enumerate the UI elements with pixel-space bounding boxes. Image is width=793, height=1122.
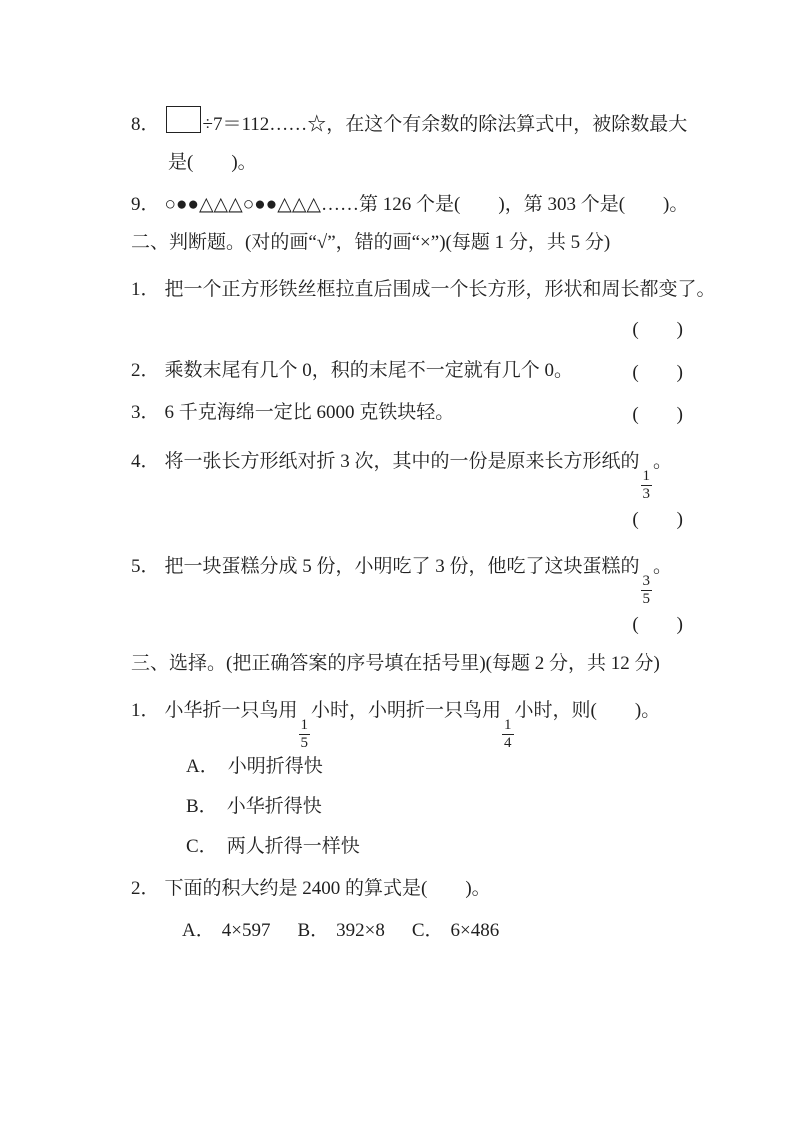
judge-2-text: 乘数末尾有几个 0，积的末尾不一定就有几个 0。 — [165, 360, 574, 381]
choice-2-option-b: B．392×8 — [297, 917, 384, 944]
choice-1-text-3: 小时，则( )。 — [515, 700, 661, 721]
choice-1-fraction-2: 14 — [502, 718, 514, 751]
judge-1-number: 1． — [131, 276, 160, 303]
judge-item-4: 4．将一张长方形纸对折 3 次，其中的一份是原来长方形纸的13。 — [131, 448, 672, 502]
fraction-numerator: 1 — [641, 469, 653, 485]
fraction-denominator: 5 — [299, 734, 311, 751]
judge-4-text-after: 。 — [653, 451, 672, 472]
q8-blank-box — [166, 106, 201, 133]
q9-number: 9． — [131, 191, 160, 218]
q8-line2-text: 是( )。 — [168, 152, 257, 173]
option-label: A． — [182, 917, 215, 944]
judge-4-number: 4． — [131, 448, 160, 475]
choice-2-text: 下面的积大约是 2400 的算式是( )。 — [165, 878, 491, 899]
q8-line1: 8．÷7＝112……☆，在这个有余数的除法算式中，被除数最大 — [131, 106, 687, 138]
fraction-denominator: 5 — [641, 590, 653, 607]
judgement-section-header: 二、判断题。(对的画“√”，错的画“×”)(每题 1 分，共 5 分) — [131, 229, 610, 256]
option-text: 小华折得快 — [227, 796, 322, 817]
choice-1-number: 1． — [131, 697, 160, 724]
option-text: 392×8 — [336, 920, 385, 941]
choice-2-number: 2． — [131, 875, 160, 902]
option-text: 4×597 — [222, 920, 271, 941]
judge-1-text: 把一个正方形铁丝框拉直后围成一个长方形，形状和周长都变了。 — [165, 279, 716, 300]
judge-5-text: 把一块蛋糕分成 5 份，小明吃了 3 份，他吃了这块蛋糕的 — [165, 556, 640, 577]
worksheet-page: 8．÷7＝112……☆，在这个有余数的除法算式中，被除数最大 是( )。 9．○… — [0, 0, 793, 1122]
choice-section-header: 三、选择。(把正确答案的序号填在括号里)(每题 2 分，共 12 分) — [131, 650, 660, 677]
option-label: B． — [186, 793, 218, 820]
judge-item-3: 3．6 千克海绵一定比 6000 克铁块轻。 — [131, 399, 454, 426]
option-text: 两人折得一样快 — [227, 836, 360, 857]
q8-line2: 是( )。 — [168, 149, 257, 176]
q9-line: 9．○●●△△△○●●△△△……第 126 个是( )，第 303 个是( )。 — [131, 191, 688, 218]
q9-text: ○●●△△△○●●△△△……第 126 个是( )，第 303 个是( )。 — [165, 194, 689, 215]
option-text: 6×486 — [451, 920, 500, 941]
fraction-numerator: 1 — [502, 718, 514, 734]
choice-2-options: A．4×597B．392×8C．6×486 — [182, 917, 526, 944]
judge-5-text-after: 。 — [653, 556, 672, 577]
judge-3-number: 3． — [131, 399, 160, 426]
option-label: C． — [412, 917, 444, 944]
option-label: C． — [186, 833, 218, 860]
judge-5-fraction: 35 — [641, 574, 653, 607]
choice-1-text-1: 小华折一只鸟用 — [165, 700, 298, 721]
choice-item-2: 2．下面的积大约是 2400 的算式是( )。 — [131, 875, 491, 902]
choice-2-option-c: C．6×486 — [412, 917, 499, 944]
judge-4-text: 将一张长方形纸对折 3 次，其中的一份是原来长方形纸的 — [165, 451, 640, 472]
choice-1-option-b: B．小华折得快 — [186, 793, 322, 820]
judge-3-answer-paren: ( ) — [632, 399, 683, 426]
option-label: A． — [186, 753, 219, 780]
fraction-numerator: 3 — [641, 574, 653, 590]
choice-item-1: 1．小华折一只鸟用15小时，小明折一只鸟用14小时，则( )。 — [131, 697, 660, 751]
judge-5-answer-paren: ( ) — [632, 609, 683, 636]
judgement-header-text: 二、判断题。(对的画“√”，错的画“×”)(每题 1 分，共 5 分) — [131, 232, 610, 253]
choice-header-text: 三、选择。(把正确答案的序号填在括号里)(每题 2 分，共 12 分) — [131, 653, 660, 674]
judge-4-fraction: 13 — [641, 469, 653, 502]
judge-2-number: 2． — [131, 357, 160, 384]
option-text: 小明折得快 — [228, 756, 323, 777]
judge-5-number: 5． — [131, 553, 160, 580]
judge-3-text: 6 千克海绵一定比 6000 克铁块轻。 — [165, 402, 455, 423]
choice-2-option-a: A．4×597 — [182, 917, 270, 944]
choice-1-text-2: 小时，小明折一只鸟用 — [311, 700, 501, 721]
judge-2-answer-paren: ( ) — [632, 357, 683, 384]
fraction-denominator: 4 — [502, 734, 514, 751]
q8-number: 8． — [131, 111, 160, 138]
judge-1-answer-paren: ( ) — [632, 314, 683, 341]
judge-4-answer-paren: ( ) — [632, 504, 683, 531]
judge-item-1: 1．把一个正方形铁丝框拉直后围成一个长方形，形状和周长都变了。 — [131, 276, 716, 303]
q8-text: ÷7＝112……☆，在这个有余数的除法算式中，被除数最大 — [203, 114, 688, 135]
fraction-denominator: 3 — [641, 485, 653, 502]
fraction-numerator: 1 — [299, 718, 311, 734]
choice-1-fraction-1: 15 — [299, 718, 311, 751]
judge-item-2: 2．乘数末尾有几个 0，积的末尾不一定就有几个 0。 — [131, 357, 573, 384]
judge-item-5: 5．把一块蛋糕分成 5 份，小明吃了 3 份，他吃了这块蛋糕的35。 — [131, 553, 672, 607]
choice-1-option-a: A．小明折得快 — [186, 753, 323, 780]
choice-1-option-c: C．两人折得一样快 — [186, 833, 360, 860]
option-label: B． — [297, 917, 329, 944]
